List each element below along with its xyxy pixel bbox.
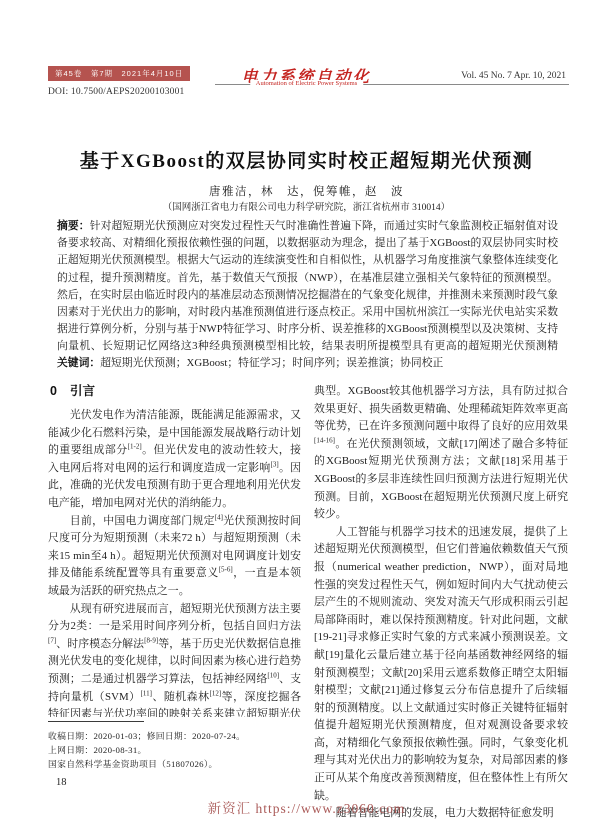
abstract-label: 摘要： xyxy=(57,220,90,232)
abstract-text: 针对超短期光伏预测应对突发过程性天气时准确性普遍下降，而通过实时气象监测校正辐射… xyxy=(57,220,558,370)
paragraph: 典型。XGBoost较其他机器学习方法，具有防过拟合效果更好、损失函数更精确、处… xyxy=(314,383,568,524)
paragraph: 人工智能与机器学习技术的迅速发展，提供了上述超短期光伏预测模型，但它们普遍依赖数… xyxy=(314,524,568,806)
section-number: 0 xyxy=(50,384,57,398)
author-list: 唐雅洁，林 达，倪筹帷，赵 波 xyxy=(0,183,613,199)
abstract-block: 摘要：针对超短期光伏预测应对突发过程性天气时准确性普遍下降，而通过实时气象监测校… xyxy=(57,218,558,373)
volume-info: Vol. 45 No. 7 Apr. 10, 2021 xyxy=(461,71,566,81)
watermark-text: 新资汇 https://www.z3060.com xyxy=(0,797,613,817)
paper-page: 第45卷 第7期 2021年4月10日 DOI: 10.7500/AEPS202… xyxy=(0,0,613,825)
paragraph: 光伏发电作为清洁能源，既能满足能源需求，又能减少化石燃料污染，是中国能源发展战略… xyxy=(48,407,301,513)
footnote-divider xyxy=(48,721,144,722)
section-0-heading: 0引言 xyxy=(50,381,301,399)
footnote-line: 上网日期：2020-08-31。 xyxy=(48,744,301,758)
affiliation: （国网浙江省电力有限公司电力科学研究院，浙江省杭州市 310014） xyxy=(0,199,613,213)
left-column: 0引言 光伏发电作为清洁能源，既能满足能源需求，又能减少化石燃料污染，是中国能源… xyxy=(48,380,301,759)
keywords-label: 关键词： xyxy=(57,357,100,369)
page-number: 18 xyxy=(56,777,67,788)
keywords-text: 超短期光伏预测；XGBoost；特征学习；时间序列；误差推演；协同校正 xyxy=(100,357,443,369)
footnote-block: 收稿日期：2020-01-03；修回日期：2020-07-24。 上网日期：20… xyxy=(48,717,301,787)
journal-subtitle: Automation of Electric Power Systems xyxy=(250,80,363,87)
paper-title: 基于XGBoost的双层协同实时校正超短期光伏预测 xyxy=(0,146,613,173)
paragraph: 目前，中国电力调度部门规定[4]光伏预测按时间尺度可分为短期预测（未来72 h）… xyxy=(48,513,301,601)
footnote-line: 国家自然科学基金资助项目（51807026）。 xyxy=(48,758,301,772)
section-title: 引言 xyxy=(70,384,95,398)
right-column: 典型。XGBoost较其他机器学习方法，具有防过拟合效果更好、损失函数更精确、处… xyxy=(314,383,568,823)
footnote-line: 收稿日期：2020-01-03；修回日期：2020-07-24。 xyxy=(48,730,301,744)
doi-text: DOI: 10.7500/AEPS20200103001 xyxy=(48,87,185,97)
keywords-block: 关键词：超短期光伏预测；XGBoost；特征学习；时间序列；误差推演；协同校正 xyxy=(57,355,558,372)
